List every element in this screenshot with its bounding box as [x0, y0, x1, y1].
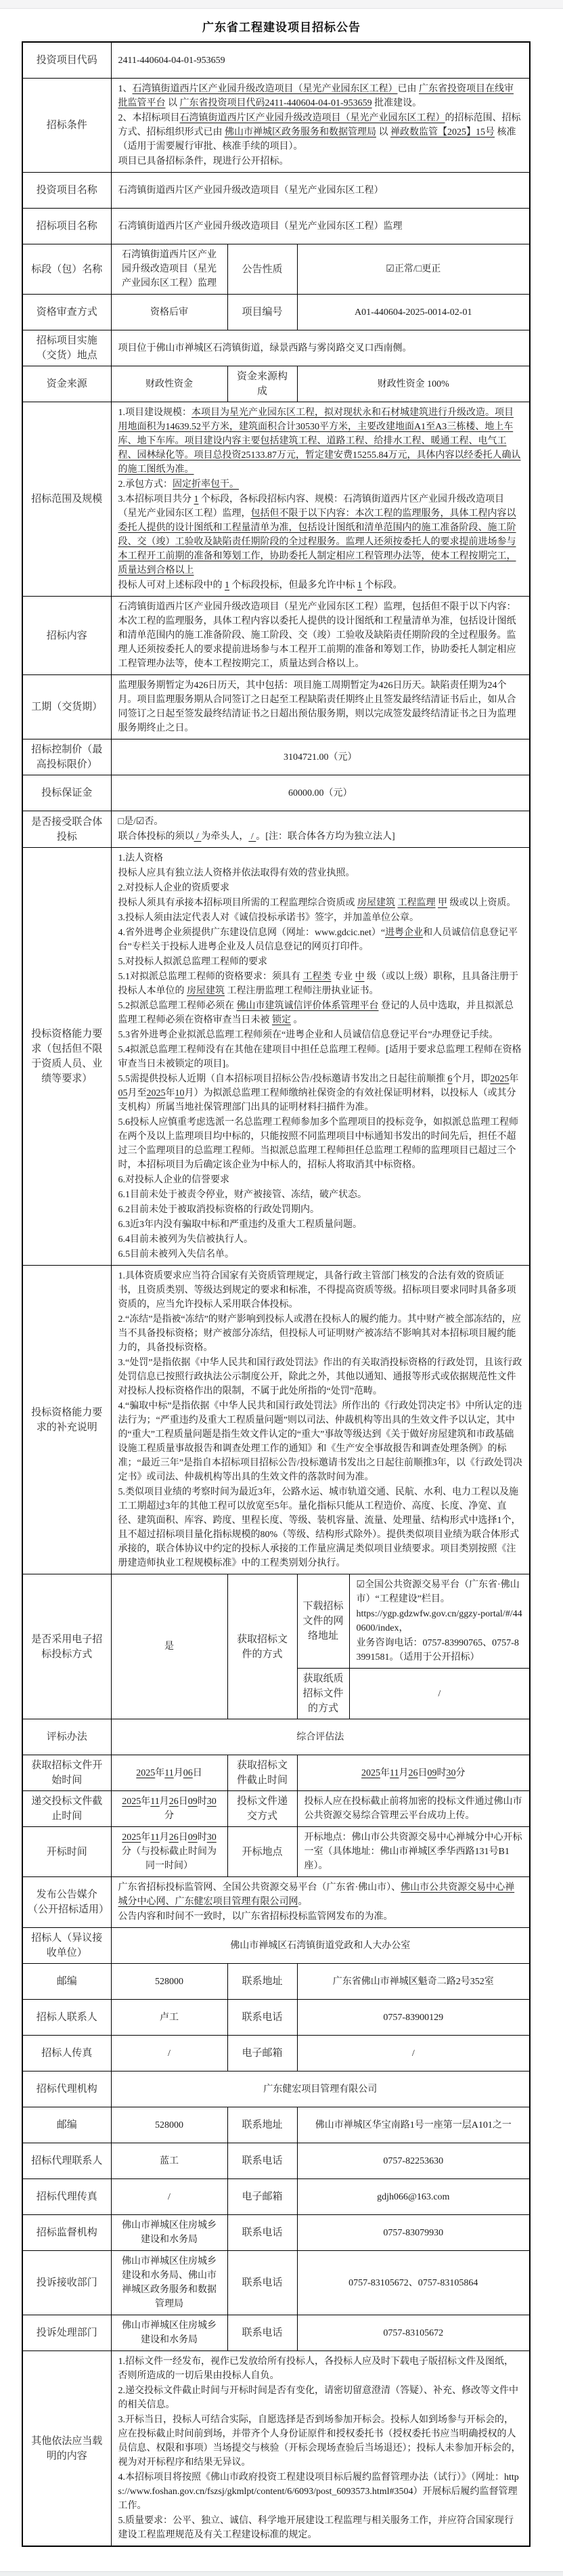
tender-announcement-table: 投资项目代码2411-440604-04-01-953659招标条件1、石湾镇街… [22, 41, 531, 2547]
paragraph: 4.省外进粤企业须提供广东建设信息网（网址：www.gdcic.net）“进粤企… [118, 926, 523, 954]
cell-label: 获取纸质招标文件的方式 [297, 1669, 349, 1719]
cell-label: 其他依法应当载明的内容 [22, 2351, 111, 2547]
paragraph: 1.项目建设规模：本项目为星光产业园东区工程，拟对现状永和石材城建筑进行升级改造… [118, 406, 523, 477]
underlined-text: 石湾镇街道西片区产业园升级改造项目（星光产业园东区工程） [133, 84, 398, 94]
cell-label: 是否接受联合体投标 [22, 811, 111, 848]
paragraph: 石湾镇街道西片区产业园升级改造项目（星光产业园东区工程）监理 [118, 248, 221, 291]
cell-value: 石湾镇街道西片区产业园升级改造项目（星光产业园东区工程） [111, 173, 530, 209]
paragraph: 石湾镇街道西片区产业园升级改造项目（星光产业园东区工程）监理，包括但不限于以下内… [118, 600, 523, 671]
cell-value: 3104721.00（元） [111, 739, 530, 775]
cell-value: 2025年11月06日 [111, 1755, 227, 1791]
cell-value: 财政性资金 100% [297, 366, 530, 402]
underlined-text: 石湾镇街道西片区产业园升级改造项目（星光产业园东区工程） [180, 113, 445, 123]
cell-label: 开标时间 [22, 1827, 111, 1877]
underlined-text: 09 [188, 1832, 198, 1843]
cell-value: 2025年11月26日09时30分（与投标截止时间为同一时间） [111, 1827, 227, 1877]
underlined-text: 09 [188, 1797, 198, 1807]
paragraph: 2025年11月26日09时30分 [305, 1766, 523, 1780]
underlined-text: 2025 [361, 1768, 380, 1778]
row-investment-project-name: 投资项目名称石湾镇街道西片区产业园升级改造项目（星光产业园东区工程） [22, 173, 530, 209]
paragraph: 2025年11月06日 [118, 1766, 221, 1780]
paragraph: 2.承包方式：固定折率包干。 [118, 477, 523, 492]
cell-value: 1、石湾镇街道西片区产业园升级改造项目（星光产业园东区工程）已由 广东省投资项目… [111, 79, 530, 173]
cell-label: 投标文件递交方式 [227, 1791, 297, 1827]
row-agency-postcode: 邮编528000联系地址佛山市禅城区华宝南路1号一座第一层A101之一 [22, 2107, 530, 2143]
underlined-text: 11 [150, 1797, 159, 1807]
paragraph: 5.3省外进粤企业拟派总监理工程师须在“进粤企业和人员诚信信息登记平台”办理登记… [118, 1028, 523, 1042]
paragraph: □是/☑否。 [118, 815, 523, 829]
cell-label: 标段（包）名称 [22, 244, 111, 295]
row-announcement-media: 发布公告媒介（公开招标适用）广东省招标投标监管网、全国公共资源交易平台（广东省·… [22, 1877, 530, 1928]
cell-value: 资格后审 [111, 295, 227, 330]
cell-label: 招标内容 [22, 597, 111, 675]
cell-label: 获取招标文件开始时间 [22, 1755, 111, 1791]
paragraph: 528000 [118, 2118, 221, 2132]
paragraph: ☑正常/□更正 [305, 262, 523, 276]
paragraph: 业务咨询电话：0757-83990765、0757-83991581。（适用于公… [357, 1636, 523, 1665]
cell-value: 监理服务期暂定为426日历天，其中包括：项目施工周期暂定为426日历天。缺陷责任… [111, 675, 530, 739]
cell-label: 投诉接收部门 [22, 2251, 111, 2315]
paragraph: 资格后审 [118, 305, 221, 320]
paragraph: 佛山市禅城区住房城乡建设和水务局 [118, 2319, 221, 2347]
underlined-text: 11 [150, 1832, 159, 1843]
row-bid-submission: 递交投标文件截止时间2025年11月26日09时30分投标文件递交方式投标人应在… [22, 1791, 530, 1827]
cell-value: 广东省招标投标监管网、全国公共资源交易平台（广东省·佛山市）、佛山市公共资源交易… [111, 1877, 530, 1928]
row-qualification-review: 资格审查方式资格后审项目编号A01-440604-2025-0014-02-01 [22, 295, 530, 330]
cell-value: / [349, 1669, 530, 1719]
underlined-text: 6 [447, 1074, 452, 1084]
paragraph: 3.“处罚”是指依据《中华人民共和国行政处罚法》作出的有关取消投标资格的行政处罚… [118, 1356, 523, 1398]
cell-label: 联系地址 [227, 2107, 297, 2143]
cell-value: 开标地点：佛山市公共资源交易中心禅城分中心开标一室（具体地址：佛山市禅城区季华西… [297, 1827, 530, 1877]
underlined-text: 1 [225, 580, 229, 591]
row-project-code: 投资项目代码2411-440604-04-01-953659 [22, 42, 530, 79]
cell-value: 0757-83105672 [297, 2315, 530, 2351]
cell-label: 投标资格能力要求（包括但不限于资质人员、业绩等要求） [22, 848, 111, 1266]
paragraph: 投标人应在投标截止前将加密的投标文件通过佛山市公共资源交易综合管理云平台成功上传… [305, 1795, 523, 1823]
paragraph: 2.“冻结”是指被“冻结”的财产影响到投标人或潜在投标人的履约能力。其中财产被全… [118, 1312, 523, 1355]
paragraph: 6.4目前未被列为失信被执行人。 [118, 1232, 523, 1247]
paragraph: / [118, 2046, 221, 2061]
paragraph: 财政性资金 [118, 377, 221, 391]
cell-value: 1.招标文件一经发布，视作已发放给所有投标人，各投标人应及时下载电子版招标文件及… [111, 2351, 530, 2547]
row-control-price: 招标控制价（最高投标限价）3104721.00（元） [22, 739, 530, 775]
paragraph: A01-440604-2025-0014-02-01 [305, 305, 523, 320]
cell-label: 评标办法 [22, 1719, 111, 1755]
underlined-text: 2025 [147, 1088, 166, 1098]
cell-label: 获取招标文件的方式 [227, 1574, 297, 1719]
row-supervision-org: 招标监督机构佛山市禅城区住房城乡建设和水务局联系电话0757-83079930 [22, 2215, 530, 2251]
cell-label: 开标地点 [227, 1827, 297, 1877]
cell-label: 招标控制价（最高投标限价） [22, 739, 111, 775]
underlined-text: 1 [357, 580, 362, 591]
row-bid-bond: 投标保证金60000.00（元） [22, 775, 530, 811]
underlined-text: 中 [355, 972, 365, 982]
row-tenderer-fax: 招标人传真/电子邮箱/ [22, 2036, 530, 2071]
row-complaint-handling: 投诉处理部门佛山市禅城区住房城乡建设和水务局联系电话0757-83105672 [22, 2315, 530, 2351]
underlined-text: 进粤企业 [385, 928, 423, 938]
cell-label: 投标保证金 [22, 775, 111, 811]
row-tender-project-name: 招标项目名称石湾镇街道西片区产业园升级改造项目（星光产业园东区工程）监理 [22, 209, 530, 244]
paragraph: 5.4拟派总监理工程师没有在其他在建项目中担任总监理工程师。[适用于要求总监理工… [118, 1043, 523, 1071]
paragraph: 1.法人资格 [118, 851, 523, 865]
paragraph: 6.1目前未处于被责令停业，财产被接管、冻结，破产状态。 [118, 1188, 523, 1202]
cell-value: 石湾镇街道西片区产业园升级改造项目（星光产业园东区工程）监理 [111, 244, 227, 295]
paragraph: 1.招标文件一经发布，视作已发放给所有投标人，各投标人应及时下载电子版招标文件及… [118, 2355, 523, 2383]
cell-value: 2025年11月26日09时30分 [111, 1791, 227, 1827]
paragraph: gdjh066@163.com [305, 2190, 523, 2204]
paragraph: 6.3近3年内没有骗取中标和严重违约及重大工程质量问题。 [118, 1218, 523, 1232]
paragraph: 4.“骗取中标”是指依据《中华人民共和国行政处罚法》所作出的《行政处罚决定书》中… [118, 1399, 523, 1484]
cell-label: 邮编 [22, 1964, 111, 2000]
underlined-text: 30 [447, 1768, 456, 1778]
row-tender-content: 招标内容石湾镇街道西片区产业园升级改造项目（星光产业园东区工程）监理，包括但不限… [22, 597, 530, 675]
cell-value: / [111, 2036, 227, 2071]
underlined-text: 房屋建筑 [187, 986, 225, 996]
cell-label: 联系电话 [227, 2315, 297, 2351]
paragraph: 1、石湾镇街道西片区产业园升级改造项目（星光产业园东区工程）已由 广东省投资项目… [118, 82, 523, 110]
underlined-text: 佛山市公共资源交易中心禅城分中心网、广东健宏项目管理有限公司网 [118, 1883, 515, 1907]
underlined-text: 甲 [438, 898, 447, 908]
cell-value: 528000 [111, 1964, 227, 2000]
cell-value: 投标人应在投标截止前将加密的投标文件通过佛山市公共资源交易综合管理云平台成功上传… [297, 1791, 530, 1827]
paragraph: https://ygp.gdzwfw.gov.cn/ggzy-portal/#/… [357, 1607, 523, 1635]
paragraph: 5.2拟派总监理工程师必须在 佛山市建筑诚信评价体系管理平台 登记的人员中选取，… [118, 999, 523, 1027]
cell-label: 投资项目代码 [22, 42, 111, 79]
underlined-text: 09 [428, 1768, 437, 1778]
underlined-text: 包括但不限于以下内容：本次工程的监理服务，具体工程内容以委托人提供的设计图纸和工… [118, 509, 516, 576]
row-other-contents: 其他依法应当载明的内容1.招标文件一经发布，视作已发放给所有投标人，各投标人应及… [22, 2351, 530, 2547]
cell-value: 佛山市禅城区石湾镇街道党政和人大办公室 [111, 1928, 530, 1964]
underlined-text: 11 [164, 1768, 173, 1778]
cell-label: 招标条件 [22, 79, 111, 173]
paragraph: 佛山市禅城区石湾镇街道党政和人大办公室 [118, 1939, 523, 1953]
underlined-text: / [194, 832, 202, 842]
cell-value: 2025年11月26日09时30分 [297, 1755, 530, 1791]
underlined-text: 1 [194, 494, 199, 505]
row-tender-conditions: 招标条件1、石湾镇街道西片区产业园升级改造项目（星光产业园东区工程）已由 广东省… [22, 79, 530, 173]
underlined-text: 2025 [136, 1768, 155, 1778]
underlined-text: 房屋建筑 [357, 898, 395, 908]
paragraph: 2.递交投标文件截止时间与开标时间是否有变化，请密切留意澄清（答疑）、补充、修改… [118, 2384, 523, 2412]
cell-value: 石湾镇街道西片区产业园升级改造项目（星光产业园东区工程）监理 [111, 209, 530, 244]
row-tenderer-postcode: 邮编528000联系地址广东省佛山市禅城区魁奇二路2号352室 [22, 1964, 530, 2000]
row-tender-scope: 招标范围及规模1.项目建设规模：本项目为星光产业园东区工程，拟对现状永和石材城建… [22, 402, 530, 597]
paragraph: / [118, 2190, 221, 2204]
paragraph: 监理服务期暂定为426日历天，其中包括：项目施工周期暂定为426日历天。缺陷责任… [118, 679, 523, 735]
underlined-text: 05 [118, 1088, 128, 1098]
underlined-text: 30 [207, 1797, 217, 1807]
paragraph: 5.类似项目业绩的考察时间为最近3年，公路水运、城市轨道交通、民航、水利、电力工… [118, 1485, 523, 1570]
underlined-text: 2025 [122, 1797, 141, 1807]
row-bid-opening: 开标时间2025年11月26日09时30分（与投标截止时间为同一时间）开标地点开… [22, 1827, 530, 1877]
cell-label: 工期（交货期） [22, 675, 111, 739]
cell-value: □是/☑否。联合体投标的须以 / 为牵头人， / 。[注：联合体各方均为独立法人… [111, 811, 530, 848]
cell-value: 卢工 [111, 2000, 227, 2036]
cell-value: 528000 [111, 2107, 227, 2143]
cell-label: 是否采用电子招标投标方式 [22, 1574, 111, 1719]
paragraph: 2、本招标项目石湾镇街道西片区产业园升级改造项目（星光产业园东区工程）的招标范围… [118, 111, 523, 154]
row-agency-fax: 招标代理传真/电子邮箱gdjh066@163.com [22, 2179, 530, 2215]
paragraph: / [357, 1687, 523, 1701]
cell-label: 联系电话 [227, 2215, 297, 2251]
row-evaluation-method: 评标办法综合评估法 [22, 1719, 530, 1755]
paragraph: 5.质量要求：公平、独立、诚信、科学地开展建设工程监理与相关服务工作，并应符合国… [118, 2514, 523, 2542]
paragraph: 项目位于佛山市禅城区石湾镇街道，绿景西路与雾岗路交叉口西南侧。 [118, 341, 523, 356]
row-doc-obtain-time: 获取招标文件开始时间2025年11月06日获取招标文件截止时间2025年11月2… [22, 1755, 530, 1791]
row-section-name: 标段（包）名称石湾镇街道西片区产业园升级改造项目（星光产业园东区工程）监理公告性… [22, 244, 530, 295]
paragraph: 开标地点：佛山市公共资源交易中心禅城分中心开标一室（具体地址：佛山市禅城区季华西… [305, 1830, 523, 1873]
paragraph: 3.投标人须由法定代表人对《诚信投标承诺书》签字，并加盖单位公章。 [118, 911, 523, 925]
cell-label: 招标人传真 [22, 2036, 111, 2071]
paragraph: 6.5目前未被列入失信名单。 [118, 1247, 523, 1262]
row-delivery-location: 招标项目实施（交货）地点项目位于佛山市禅城区石湾镇街道，绿景西路与雾岗路交叉口西… [22, 330, 530, 366]
paragraph: 5.5需提供投标人近期（自本招标项目招标公告/投标邀请书发出之日起往前顺推 6个… [118, 1072, 523, 1115]
cell-label: 招标项目实施（交货）地点 [22, 330, 111, 366]
cell-value: 2411-440604-04-01-953659 [111, 42, 530, 79]
underlined-text: 锁定 [272, 1015, 291, 1025]
paragraph: 5.对投标人拟派总监理工程师的要求 [118, 955, 523, 969]
cell-value: 佛山市禅城区住房城乡建设和水务局 [111, 2315, 227, 2351]
cell-label: 联系电话 [227, 2143, 297, 2179]
cell-value: A01-440604-2025-0014-02-01 [297, 295, 530, 330]
cell-label: 项目编号 [227, 295, 297, 330]
cell-value: 综合评估法 [111, 1719, 530, 1755]
cell-value: 0757-83079930 [297, 2215, 530, 2251]
underlined-text: 佛山市禅城区政务服务和数据管理局 [225, 127, 376, 137]
cell-label: 招标范围及规模 [22, 402, 111, 597]
paragraph: 投标人须具有承接本招标项目所需的工程监理综合资质或 房屋建筑 工程监理 甲 级或… [118, 896, 523, 910]
paragraph: 3104721.00（元） [118, 750, 523, 765]
row-agency-contact: 招标代理联系人蓝工联系电话0757-82253630 [22, 2143, 530, 2179]
row-duration: 工期（交货期）监理服务期暂定为426日历天，其中包括：项目施工周期暂定为426日… [22, 675, 530, 739]
row-agency: 招标代理机构广东健宏项目管理有限公司 [22, 2071, 530, 2107]
paragraph: 528000 [118, 1975, 221, 1989]
cell-value: 财政性资金 [111, 366, 227, 402]
underlined-text: 2025 [122, 1832, 141, 1843]
cell-value: 0757-83105672、0757-83105864 [297, 2251, 530, 2315]
cell-value: 60000.00（元） [111, 775, 530, 811]
underlined-text: 26 [409, 1768, 418, 1778]
underlined-text: 06 [183, 1768, 193, 1778]
paragraph: 5.6投标人应慎重考虑选派一名总监理工程师参加多个监理项目的投标竞争，如拟派总监… [118, 1115, 523, 1172]
cell-value: 1.项目建设规模：本项目为星光产业园东区工程，拟对现状永和石材城建筑进行升级改造… [111, 402, 530, 597]
cell-value: 佛山市禅城区住房城乡建设和水务局 [111, 2215, 227, 2251]
row-qualification-requirements: 投标资格能力要求（包括但不限于资质人员、业绩等要求）1.法人资格投标人应具有独立… [22, 848, 530, 1266]
page-title: 广东省工程建设项目招标公告 [0, 18, 563, 35]
cell-label: 邮编 [22, 2107, 111, 2143]
cell-label: 发布公告媒介（公开招标适用） [22, 1877, 111, 1928]
underlined-text: 26 [169, 1832, 179, 1843]
underlined-text: 禅政数监管【2025】15号 [390, 127, 495, 137]
paragraph: 6.对投标人企业的信誉要求 [118, 1173, 523, 1187]
cell-label: 资金来源构成 [227, 366, 297, 402]
paragraph: 广东省佛山市禅城区魁奇二路2号352室 [305, 1975, 523, 1989]
paragraph: 石湾镇街道西片区产业园升级改造项目（星光产业园东区工程） [118, 184, 523, 198]
paragraph: 蓝工 [118, 2154, 221, 2168]
paragraph: 卢工 [118, 2011, 221, 2025]
paragraph: 项目已具备招标条件，现进行公开招标。 [118, 154, 523, 169]
paragraph: 3.本招标项目共分 1 个标段，各标段招标内容、规模：石湾镇街道西片区产业园升级… [118, 492, 523, 578]
paragraph: 公告内容和时间不一致时，以广东省招标投标监管网发布的为准。 [118, 1910, 523, 1924]
cell-label: 电子邮箱 [227, 2036, 297, 2071]
underlined-text: 10 [175, 1088, 185, 1098]
underlined-text: 工程类 [303, 972, 332, 982]
paragraph: 综合评估法 [118, 1730, 523, 1744]
paragraph: 广东省招标投标监管网、全国公共资源交易平台（广东省·佛山市）、佛山市公共资源交易… [118, 1881, 523, 1909]
cell-value: 项目位于佛山市禅城区石湾镇街道，绿景西路与雾岗路交叉口西南侧。 [111, 330, 530, 366]
bottom-spacer [0, 2547, 563, 2571]
cell-value: 佛山市禅城区住房城乡建设和水务局、佛山市禅城区政务服务和数据管理局 [111, 2251, 227, 2315]
cell-label: 招标代理传真 [22, 2179, 111, 2215]
paragraph: 0757-83105672、0757-83105864 [305, 2276, 523, 2290]
paragraph: 石湾镇街道西片区产业园升级改造项目（星光产业园东区工程）监理 [118, 219, 523, 234]
cell-label: 投资项目名称 [22, 173, 111, 209]
cell-value: 1.法人资格投标人应具有独立法人资格并依法取得有效的营业执照。2.对投标人企业的… [111, 848, 530, 1266]
underlined-text: 佛山市建筑诚信评价体系管理平台 [237, 1001, 379, 1011]
cell-value: 1.具体资质要求应当符合国家有关资质管理规定，具备行政主管部门核发的合法有效的资… [111, 1266, 530, 1574]
paragraph: 0757-82253630 [305, 2154, 523, 2168]
cell-label: 招标监督机构 [22, 2215, 111, 2251]
paragraph: 佛山市禅城区住房城乡建设和水务局 [118, 2218, 221, 2247]
paragraph: 6.2目前未处于被取消投标资格的行政处罚期内。 [118, 1203, 523, 1217]
paragraph: 4.本招标项目将按照《佛山市政府投资工程建设项目标后履约监督管理办法（试行）》（… [118, 2470, 523, 2513]
paragraph: 财政性资金 100% [305, 377, 523, 391]
underlined-text: / [248, 832, 256, 842]
underlined-text: 26 [169, 1797, 179, 1807]
cell-label: 递交投标文件截止时间 [22, 1791, 111, 1827]
underlined-text: 固定折率包干。 [173, 479, 239, 490]
cell-label: 投诉处理部门 [22, 2315, 111, 2351]
row-tenderer-contact: 招标人联系人卢工联系电话0757-83900129 [22, 2000, 530, 2036]
cell-label: 招标人联系人 [22, 2000, 111, 2036]
row-tenderer: 招标人（异议接收单位）佛山市禅城区石湾镇街道党政和人大办公室 [22, 1928, 530, 1964]
underlined-text: 2025 [490, 1074, 509, 1084]
cell-label: 资格审查方式 [22, 295, 111, 330]
cell-label: 联系电话 [227, 2251, 297, 2315]
underlined-text: 11 [390, 1768, 399, 1778]
paragraph: ☑全国公共资源交易平台（广东省·佛山市）“工程建设”栏目。 [357, 1578, 523, 1606]
paragraph: 2.对投标人企业的资质要求 [118, 881, 523, 895]
cell-label: 招标项目名称 [22, 209, 111, 244]
paragraph: 0757-83079930 [305, 2226, 523, 2240]
cell-label: 获取招标文件截止时间 [227, 1755, 297, 1791]
paragraph: 60000.00（元） [118, 786, 523, 800]
cell-value: 是 [111, 1574, 227, 1719]
cell-value: ☑全国公共资源交易平台（广东省·佛山市）“工程建设”栏目。https://ygp… [349, 1574, 530, 1669]
cell-value: 佛山市禅城区华宝南路1号一座第一层A101之一 [297, 2107, 530, 2143]
underlined-text: 广东省投资项目代码2411-440604-04-01-953659 [180, 98, 372, 108]
paragraph: 是 [118, 1639, 221, 1654]
underlined-text: 30 [207, 1832, 217, 1843]
cell-label: 公告性质 [227, 244, 297, 295]
cell-value: / [297, 2036, 530, 2071]
paragraph: 投标人可对上述标段中的 1 个标段投标，但最多允许中标 1 个标段。 [118, 578, 523, 593]
cell-value: 广东省佛山市禅城区魁奇二路2号352室 [297, 1964, 530, 2000]
underlined-text: 本项目为星光产业园东区工程，拟对现状永和石材城建筑进行升级改造。项目用地面积为1… [118, 408, 521, 475]
paragraph: 2025年11月26日09时30分 [118, 1795, 221, 1823]
paragraph: 5.1对拟派总监理工程师的资格要求：须具有 工程类 专业 中 级（或以上级）职称… [118, 970, 523, 998]
cell-label: 电子邮箱 [227, 2179, 297, 2215]
row-complaint-receiving: 投诉接收部门佛山市禅城区住房城乡建设和水务局、佛山市禅城区政务服务和数据管理局联… [22, 2251, 530, 2315]
underlined-text: 工程监理 [398, 898, 436, 908]
cell-value: 广东健宏项目管理有限公司 [111, 2071, 530, 2107]
paragraph: 0757-83105672 [305, 2326, 523, 2340]
announcement-table-body: 投资项目代码2411-440604-04-01-953659招标条件1、石湾镇街… [22, 42, 530, 2546]
paragraph: 3.开标当日，投标人可结合实际，自愿选择是否到场参加开标会。投标人如到场参与开标… [118, 2413, 523, 2470]
cell-label: 投标资格能力要求的补充说明 [22, 1266, 111, 1574]
bottom-strip [0, 2571, 563, 2576]
row-qualification-supplement: 投标资格能力要求的补充说明1.具体资质要求应当符合国家有关资质管理规定，具备行政… [22, 1266, 530, 1574]
paragraph: / [305, 2046, 523, 2061]
paragraph: 广东健宏项目管理有限公司 [118, 2082, 523, 2097]
paragraph: 佛山市禅城区住房城乡建设和水务局、佛山市禅城区政务服务和数据管理局 [118, 2254, 221, 2311]
top-strip [0, 0, 563, 9]
cell-value: gdjh066@163.com [297, 2179, 530, 2215]
paragraph: 1.具体资质要求应当符合国家有关资质管理规定，具备行政主管部门核发的合法有效的资… [118, 1269, 523, 1312]
row-fund-source: 资金来源财政性资金资金来源构成财政性资金 100% [22, 366, 530, 402]
row-e-bidding: 是否采用电子招标投标方式是获取招标文件的方式下载招标文件的网络地址☑全国公共资源… [22, 1574, 530, 1669]
paragraph: 佛山市禅城区华宝南路1号一座第一层A101之一 [305, 2118, 523, 2132]
cell-label: 招标代理联系人 [22, 2143, 111, 2179]
row-consortium: 是否接受联合体投标□是/☑否。联合体投标的须以 / 为牵头人， / 。[注：联合… [22, 811, 530, 848]
cell-label: 招标代理机构 [22, 2071, 111, 2107]
cell-label: 资金来源 [22, 366, 111, 402]
cell-label: 招标人（异议接收单位） [22, 1928, 111, 1964]
cell-label: 下载招标文件的网络地址 [297, 1574, 349, 1669]
paragraph: 投标人应具有独立法人资格并依法取得有效的营业执照。 [118, 866, 523, 880]
cell-value: 0757-82253630 [297, 2143, 530, 2179]
cell-value: 石湾镇街道西片区产业园升级改造项目（星光产业园东区工程）监理，包括但不限于以下内… [111, 597, 530, 675]
cell-value: / [111, 2179, 227, 2215]
paragraph: 联合体投标的须以 / 为牵头人， / 。[注：联合体各方均为独立法人] [118, 830, 523, 844]
cell-label: 联系地址 [227, 1964, 297, 2000]
paragraph: 2411-440604-04-01-953659 [118, 53, 523, 68]
cell-value: 0757-83900129 [297, 2000, 530, 2036]
paragraph: 2025年11月26日09时30分（与投标截止时间为同一时间） [118, 1830, 221, 1873]
paragraph: 0757-83900129 [305, 2011, 523, 2025]
cell-label: 联系电话 [227, 2000, 297, 2036]
cell-value: 蓝工 [111, 2143, 227, 2179]
cell-value: ☑正常/□更正 [297, 244, 530, 295]
